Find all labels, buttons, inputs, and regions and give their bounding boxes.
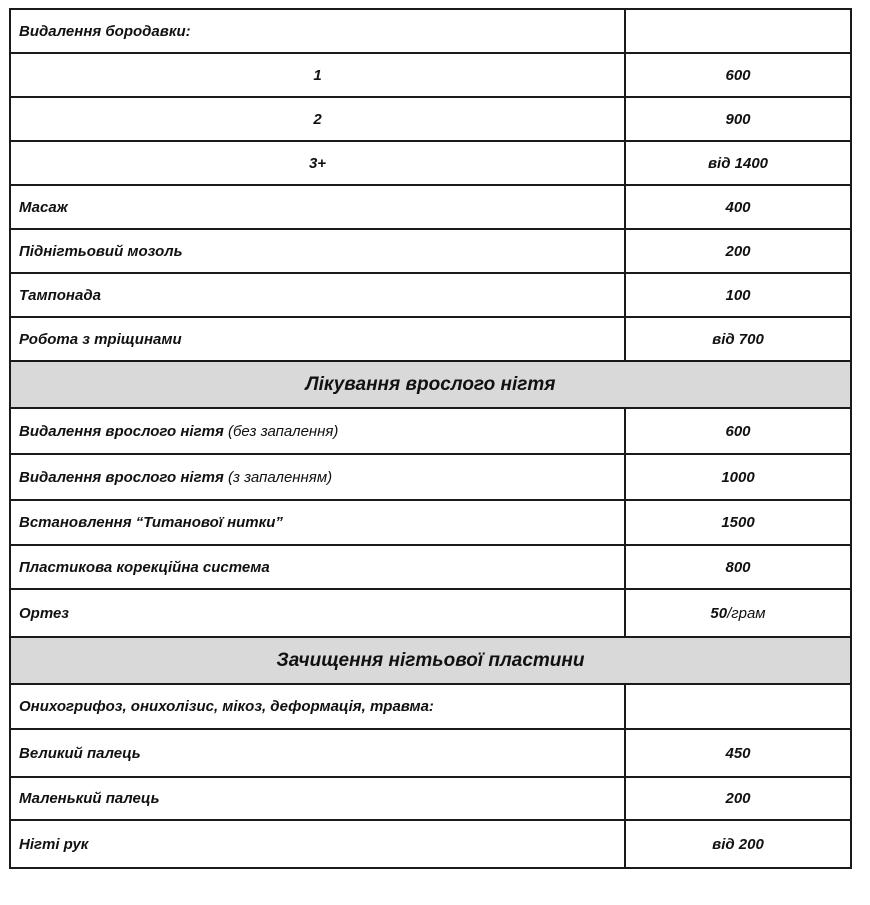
table-row: 3+ від 1400	[10, 141, 851, 185]
service-label-cell: Видалення врослого нігтя (з запаленням)	[10, 454, 625, 500]
service-price: 1500	[625, 500, 851, 545]
table-row: Видалення врослого нігтя (без запалення)…	[10, 408, 851, 454]
service-price: 50	[710, 605, 727, 622]
service-price: 100	[625, 273, 851, 317]
table-row: Великий палець 450	[10, 729, 851, 777]
price-cell-empty	[625, 9, 851, 53]
table-row: Видалення бородавки:	[10, 9, 851, 53]
service-price: 200	[625, 777, 851, 820]
service-price: 1000	[625, 454, 851, 500]
service-price: 900	[625, 97, 851, 141]
service-price: 600	[625, 408, 851, 454]
service-price: 400	[625, 185, 851, 229]
table-row: Нігті рук від 200	[10, 820, 851, 868]
table-row: 1 600	[10, 53, 851, 97]
service-label: 1	[10, 53, 625, 97]
service-label: Пластикова корекційна система	[10, 545, 625, 589]
section-title-nail-plate: Зачищення нігтьової пластини	[10, 637, 851, 684]
service-price: від 1400	[625, 141, 851, 185]
service-price: 450	[625, 729, 851, 777]
service-price-cell: 50/грам	[625, 589, 851, 637]
table-row: Робота з тріщинами від 700	[10, 317, 851, 361]
service-label: Ортез	[10, 589, 625, 637]
table-row: Онихогрифоз, онихолізис, мікоз, деформац…	[10, 684, 851, 729]
table-row: Видалення врослого нігтя (з запаленням) …	[10, 454, 851, 500]
service-label: Масаж	[10, 185, 625, 229]
table-row: Масаж 400	[10, 185, 851, 229]
service-label: Нігті рук	[10, 820, 625, 868]
service-note: (з запаленням)	[228, 469, 332, 486]
service-label: Встановлення “Титанової нитки”	[10, 500, 625, 545]
service-label: Великий палець	[10, 729, 625, 777]
table-row: Ортез 50/грам	[10, 589, 851, 637]
service-label: Видалення врослого нігтя	[19, 423, 224, 440]
group-header-nail-conditions: Онихогрифоз, онихолізис, мікоз, деформац…	[10, 684, 625, 729]
section-title-ingrown-nail: Лікування врослого нігтя	[10, 361, 851, 408]
service-label-cell: Видалення врослого нігтя (без запалення)	[10, 408, 625, 454]
service-price: 200	[625, 229, 851, 273]
service-label: Тампонада	[10, 273, 625, 317]
service-price: 600	[625, 53, 851, 97]
table-row: 2 900	[10, 97, 851, 141]
table-row: Маленький палець 200	[10, 777, 851, 820]
service-label: Маленький палець	[10, 777, 625, 820]
table-row: Встановлення “Титанової нитки” 1500	[10, 500, 851, 545]
service-label: Піднігтьовий мозоль	[10, 229, 625, 273]
service-price: від 700	[625, 317, 851, 361]
service-label: 2	[10, 97, 625, 141]
table-row: Тампонада 100	[10, 273, 851, 317]
table-row: Піднігтьовий мозоль 200	[10, 229, 851, 273]
price-cell-empty	[625, 684, 851, 729]
price-list-table: Видалення бородавки: 1 600 2 900 3+ від …	[9, 8, 852, 869]
service-price: від 200	[625, 820, 851, 868]
service-price: 800	[625, 545, 851, 589]
table-row: Пластикова корекційна система 800	[10, 545, 851, 589]
price-unit: /грам	[727, 605, 766, 622]
section-header-row: Зачищення нігтьової пластини	[10, 637, 851, 684]
service-label: Робота з тріщинами	[10, 317, 625, 361]
section-header-row: Лікування врослого нігтя	[10, 361, 851, 408]
service-label: Видалення врослого нігтя	[19, 469, 224, 486]
group-header-wart-removal: Видалення бородавки:	[10, 9, 625, 53]
service-label: 3+	[10, 141, 625, 185]
service-note: (без запалення)	[228, 423, 338, 440]
